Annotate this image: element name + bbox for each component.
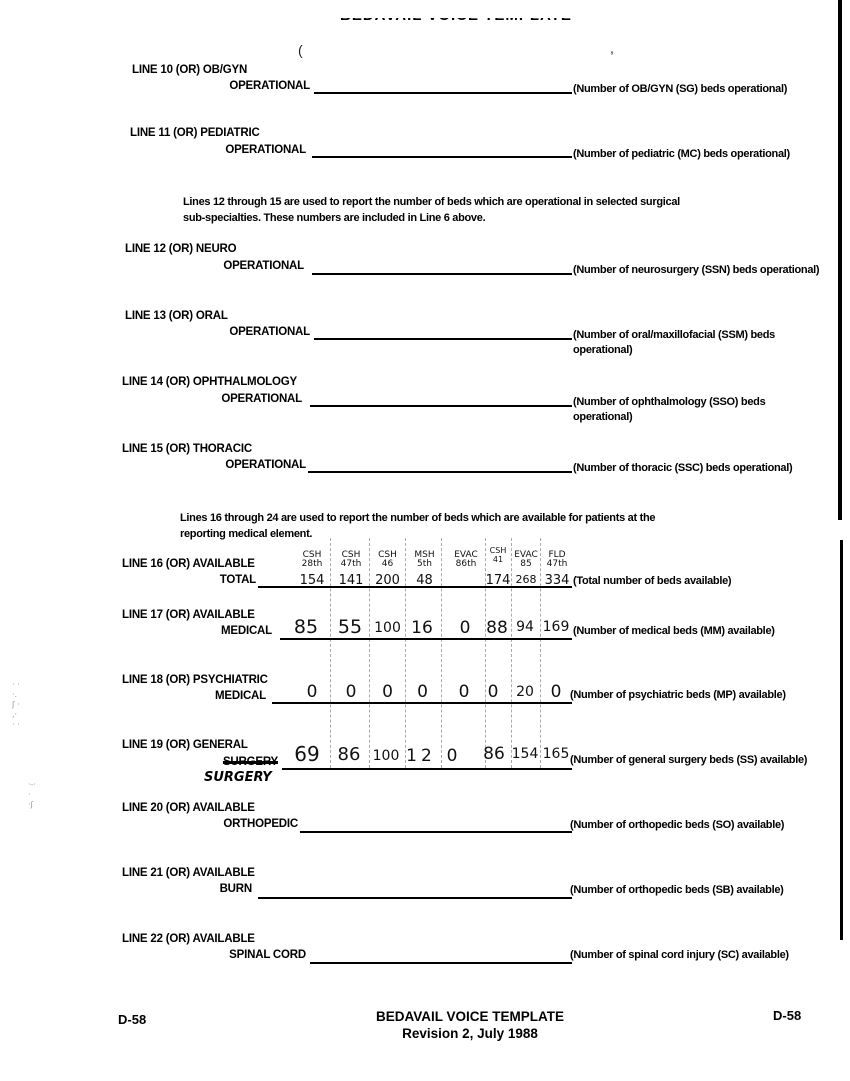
surgery-value: 69 bbox=[288, 742, 326, 766]
surgery-value: 0 bbox=[440, 746, 464, 766]
column-header: CSH46 bbox=[370, 551, 405, 569]
line-21-label: LINE 21 (OR) AVAILABLE bbox=[122, 867, 255, 879]
column-header: CSH41 bbox=[486, 546, 510, 564]
line-20-label: LINE 20 (OR) AVAILABLE bbox=[122, 802, 255, 814]
scan-edge-bar bbox=[838, 0, 842, 520]
line-22-field[interactable] bbox=[310, 962, 572, 964]
column-header: EVAC85 bbox=[512, 551, 540, 569]
line-14-field[interactable] bbox=[310, 405, 572, 407]
line-20-field[interactable] bbox=[300, 831, 572, 833]
line-19-desc: (Number of general surgery beds (SS) ava… bbox=[570, 753, 810, 768]
line-18-sub: MEDICAL bbox=[160, 690, 266, 702]
line-11-sub: OPERATIONAL bbox=[176, 144, 306, 156]
line-13-desc: (Number of oral/maxillofacial (SSM) beds… bbox=[573, 328, 793, 358]
surgery-value: 154 bbox=[510, 746, 540, 762]
column-divider bbox=[540, 538, 541, 768]
column-header: EVAC86th bbox=[448, 551, 484, 569]
medical-value: 100 bbox=[370, 620, 405, 636]
line-11-label: LINE 11 (OR) PEDIATRIC bbox=[130, 127, 260, 139]
psychiatric-value: 0 bbox=[294, 682, 330, 702]
line-10-label: LINE 10 (OR) OB/GYN bbox=[132, 64, 247, 76]
line-18-field[interactable] bbox=[272, 702, 572, 704]
total-value: 200 bbox=[370, 573, 405, 588]
operational-note: Lines 12 through 15 are used to report t… bbox=[183, 194, 703, 226]
line-17-desc: (Number of medical beds (MM) available) bbox=[573, 624, 803, 639]
psychiatric-value: 0 bbox=[370, 682, 405, 702]
line-19-field[interactable] bbox=[282, 768, 572, 770]
line-10-sub: OPERATIONAL bbox=[180, 80, 310, 92]
column-divider bbox=[441, 538, 442, 768]
medical-value: 88 bbox=[482, 618, 512, 638]
line-10-desc: (Number of OB/GYN (SG) beds operational) bbox=[573, 82, 813, 97]
psychiatric-value: 0 bbox=[333, 682, 369, 702]
psychiatric-value: 0 bbox=[542, 682, 570, 702]
line-20-desc: (Number of orthopedic beds (SO) availabl… bbox=[570, 818, 800, 833]
line-15-label: LINE 15 (OR) THORACIC bbox=[122, 443, 252, 455]
footer-title: BEDAVAIL VOICE TEMPLATE bbox=[300, 1008, 640, 1025]
line-10-field[interactable] bbox=[314, 92, 572, 94]
line-21-sub: BURN bbox=[160, 883, 252, 895]
line-14-desc: (Number of ophthalmology (SSO) beds oper… bbox=[573, 395, 813, 425]
line-12-field[interactable] bbox=[312, 273, 572, 275]
footer-page-right: D-58 bbox=[773, 1008, 801, 1023]
line-22-sub: SPINAL CORD bbox=[160, 949, 306, 961]
margin-scribble: · · ·.ʃ ·,·· · bbox=[12, 680, 52, 730]
medical-value: 169 bbox=[540, 619, 572, 635]
footer-page-left: D-58 bbox=[118, 1012, 146, 1027]
line-19-sub-struck: SURGERY bbox=[170, 756, 278, 768]
stray-mark: , bbox=[610, 40, 614, 56]
line-16-desc: (Total number of beds available) bbox=[573, 574, 803, 589]
surgery-value: 12 bbox=[404, 746, 438, 766]
margin-scribble: ·-· ··ʃ bbox=[28, 780, 58, 810]
line-21-desc: (Number of orthopedic beds (SB) availabl… bbox=[570, 883, 800, 898]
column-divider bbox=[405, 538, 406, 768]
line-12-desc: (Number of neurosurgery (SSN) beds opera… bbox=[573, 263, 823, 278]
line-22-label: LINE 22 (OR) AVAILABLE bbox=[122, 933, 255, 945]
line-13-label: LINE 13 (OR) ORAL bbox=[125, 310, 228, 322]
medical-value: 16 bbox=[406, 618, 438, 638]
line-16-sub: TOTAL bbox=[160, 574, 256, 586]
surgery-value: 86 bbox=[476, 744, 512, 764]
line-20-sub: ORTHOPEDIC bbox=[160, 818, 298, 830]
column-header: CSH28th bbox=[294, 551, 330, 569]
surgery-value: 165 bbox=[540, 746, 572, 762]
medical-value: 85 bbox=[284, 616, 328, 638]
line-11-field[interactable] bbox=[312, 156, 572, 158]
line-12-sub: OPERATIONAL bbox=[174, 260, 304, 272]
total-value: 268 bbox=[512, 573, 540, 586]
line-16-label: LINE 16 (OR) AVAILABLE bbox=[122, 558, 255, 570]
line-12-label: LINE 12 (OR) NEURO bbox=[125, 243, 236, 255]
medical-value: 55 bbox=[332, 616, 368, 638]
line-15-desc: (Number of thoracic (SSC) beds operation… bbox=[573, 461, 793, 476]
line-17-label: LINE 17 (OR) AVAILABLE bbox=[122, 609, 255, 621]
surgery-value: 86 bbox=[330, 744, 368, 765]
column-divider bbox=[330, 538, 331, 768]
line-14-sub: OPERATIONAL bbox=[172, 393, 302, 405]
stray-mark: ( bbox=[298, 42, 303, 58]
available-note: Lines 16 through 24 are used to report t… bbox=[180, 510, 680, 542]
line-11-desc: (Number of pediatric (MC) beds operation… bbox=[573, 147, 813, 162]
column-header: FLD47th bbox=[542, 551, 572, 569]
total-value: 154 bbox=[294, 573, 330, 588]
medical-value: 94 bbox=[510, 619, 540, 635]
line-13-field[interactable] bbox=[314, 338, 572, 340]
scan-edge-bar bbox=[840, 540, 843, 940]
column-header: CSH47th bbox=[333, 551, 369, 569]
line-17-sub: MEDICAL bbox=[160, 625, 272, 637]
medical-value: 0 bbox=[445, 618, 485, 638]
psychiatric-value: 0 bbox=[406, 682, 439, 702]
line-13-sub: OPERATIONAL bbox=[180, 326, 310, 338]
line-21-field[interactable] bbox=[258, 897, 572, 899]
footer-title-block: BEDAVAIL VOICE TEMPLATE Revision 2, July… bbox=[300, 1008, 640, 1042]
surgery-value: 100 bbox=[368, 748, 404, 764]
column-header: MSH5th bbox=[408, 551, 441, 569]
line-15-sub: OPERATIONAL bbox=[176, 459, 306, 471]
total-value: 334 bbox=[542, 573, 572, 588]
line-19-label: LINE 19 (OR) GENERAL bbox=[122, 739, 248, 751]
psychiatric-value: 20 bbox=[508, 684, 542, 700]
line-18-label: LINE 18 (OR) PSYCHIATRIC bbox=[122, 674, 268, 686]
total-value: 48 bbox=[408, 573, 441, 588]
total-value: 174 bbox=[484, 573, 512, 588]
line-22-desc: (Number of spinal cord injury (SC) avail… bbox=[570, 948, 810, 963]
line-19-sub-handwritten: SURGERY bbox=[204, 770, 272, 785]
line-18-desc: (Number of psychiatric beds (MP) availab… bbox=[570, 688, 800, 703]
line-14-label: LINE 14 (OR) OPHTHALMOLOGY bbox=[122, 376, 297, 388]
footer-revision: Revision 2, July 1988 bbox=[300, 1025, 640, 1042]
psychiatric-value: 0 bbox=[478, 682, 508, 702]
line-15-field[interactable] bbox=[308, 471, 572, 473]
total-value: 141 bbox=[333, 573, 369, 588]
truncated-page-header: BEDAVAIL VOICE TEMPLATE bbox=[340, 18, 572, 29]
line-17-field[interactable] bbox=[280, 638, 572, 640]
